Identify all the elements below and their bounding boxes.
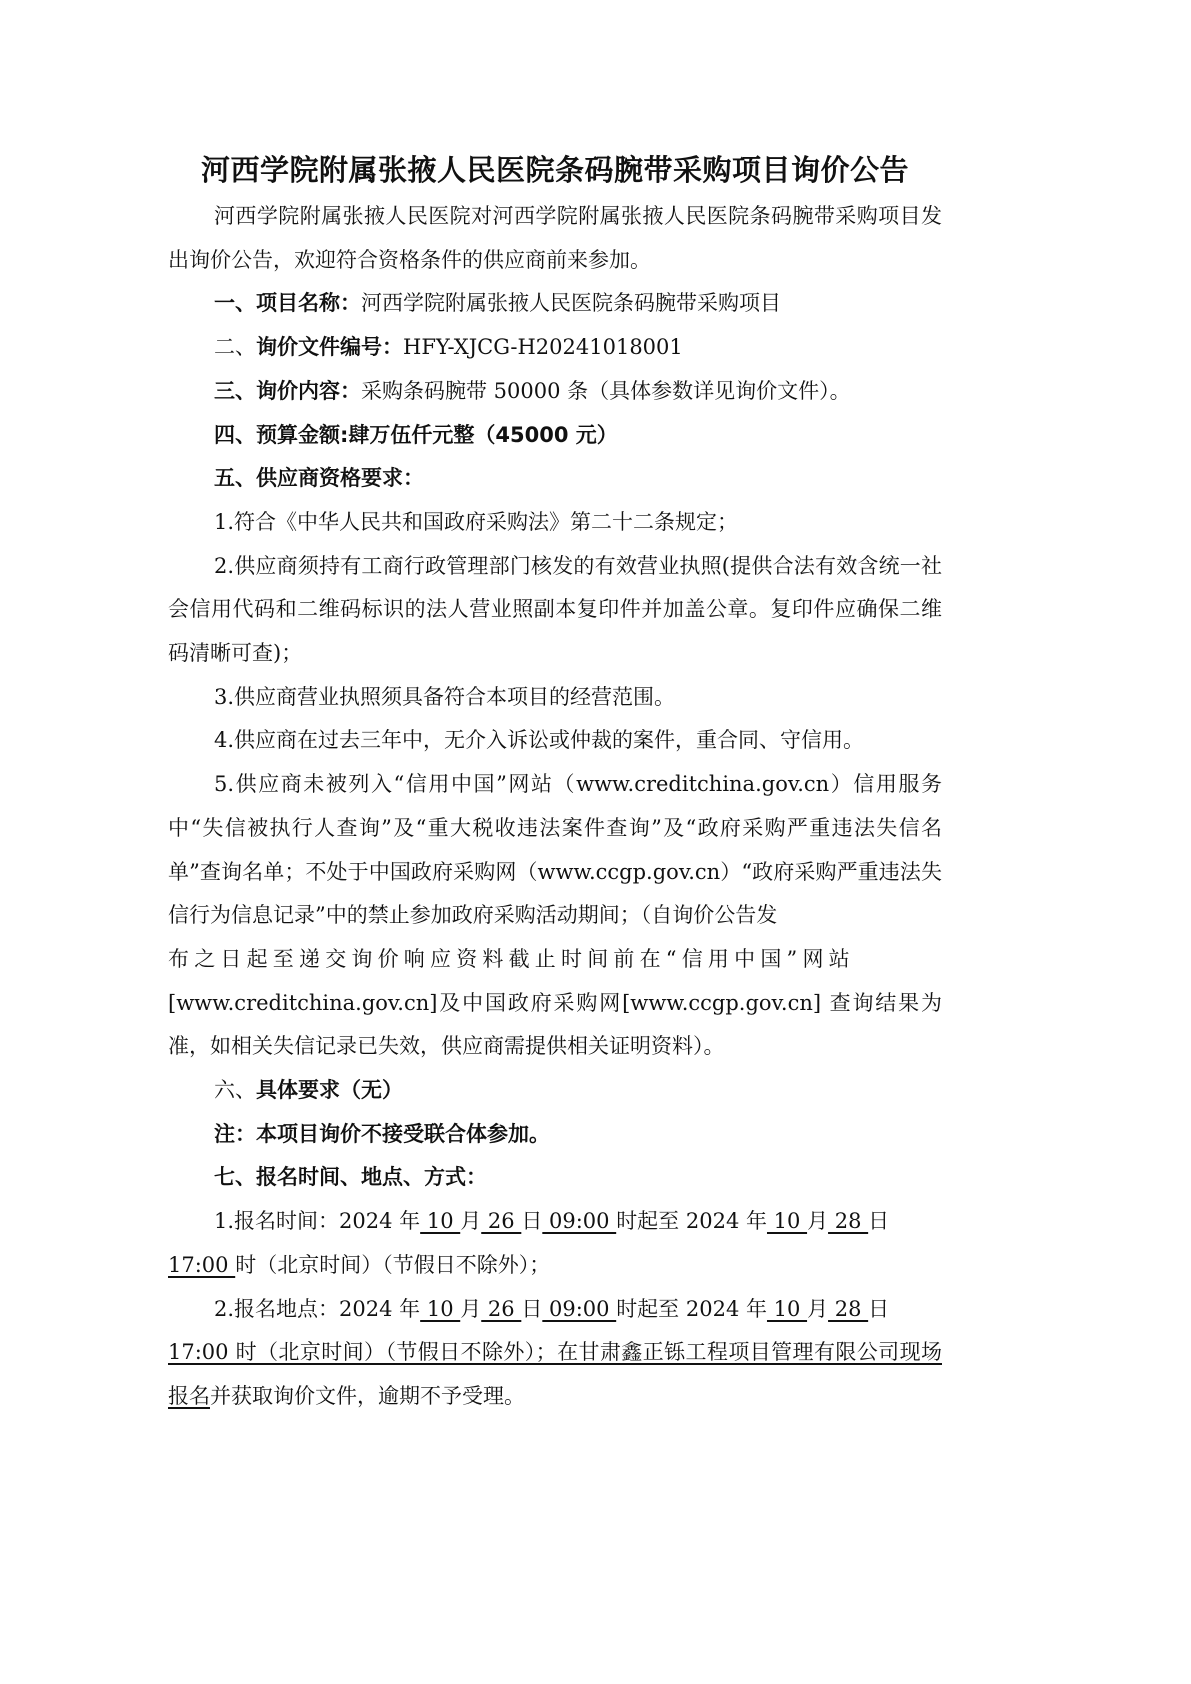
text: 1.报名时间：2024 年 bbox=[214, 1209, 420, 1233]
text: 时（北京时间）（节假日不除外）； bbox=[235, 1253, 550, 1277]
section-qualification-heading: 五、供应商资格要求： bbox=[168, 457, 942, 501]
qualification-item-1: 1.符合《中华人民共和国政府采购法》第二十二条规定； bbox=[168, 501, 942, 545]
section-registration-heading: 七、报名时间、地点、方式： bbox=[168, 1156, 942, 1200]
text: 日 bbox=[868, 1297, 889, 1321]
section-label: 询价文件编号： bbox=[256, 335, 403, 359]
section-value: 河西学院附属张掖人民医院条码腕带采购项目 bbox=[361, 291, 781, 315]
filled-month: 10 bbox=[767, 1297, 807, 1321]
section-label: 具体要求（无） bbox=[256, 1078, 403, 1102]
section-document-number: 二、询价文件编号：HFY-XJCG-H20241018001 bbox=[168, 326, 942, 370]
item5-part3: [www.creditchina.gov.cn]及中国政府采购网[www.ccg… bbox=[168, 991, 942, 1059]
text: 月 bbox=[460, 1297, 481, 1321]
filled-hour: 09:00 bbox=[542, 1209, 616, 1233]
filled-day: 26 bbox=[481, 1209, 521, 1233]
text: 时起至 2024 年 bbox=[616, 1297, 767, 1321]
qualification-item-5: 5.供应商未被列入“信用中国”网站（www.creditchina.gov.cn… bbox=[168, 763, 942, 1069]
item5-part1: 5.供应商未被列入“信用中国”网站（www.creditchina.gov.cn… bbox=[168, 772, 942, 927]
section-value: 采购条码腕带 50000 条（具体参数详见询价文件）。 bbox=[361, 379, 851, 403]
filled-month: 10 bbox=[420, 1297, 460, 1321]
section-specific-requirements: 六、具体要求（无） bbox=[168, 1069, 942, 1113]
filled-hour: 17:00 bbox=[168, 1253, 235, 1277]
filled-day: 28 bbox=[828, 1209, 868, 1233]
text: 日 bbox=[521, 1209, 542, 1233]
section-prefix: 六、 bbox=[214, 1078, 256, 1102]
registration-location: 2.报名地点：2024 年 10 月 26 日 09:00 时起至 2024 年… bbox=[168, 1288, 942, 1419]
text: 月 bbox=[807, 1209, 828, 1233]
qualification-item-2: 2.供应商须持有工商行政管理部门核发的有效营业执照(提供合法有效含统一社会信用代… bbox=[168, 545, 942, 676]
text: 月 bbox=[460, 1209, 481, 1233]
text: 日 bbox=[868, 1209, 889, 1233]
section-value: HFY-XJCG-H20241018001 bbox=[403, 335, 683, 359]
section-label: 一、项目名称： bbox=[214, 291, 361, 315]
intro-paragraph: 河西学院附属张掖人民医院对河西学院附属张掖人民医院条码腕带采购项目发出询价公告，… bbox=[168, 195, 942, 282]
text: 2.报名地点：2024 年 bbox=[214, 1297, 420, 1321]
text: 并获取询价文件，逾期不予受理。 bbox=[210, 1384, 525, 1408]
consortium-note: 注：本项目询价不接受联合体参加。 bbox=[168, 1113, 942, 1157]
section-budget: 四、预算金额:肆万伍仟元整（45000 元） bbox=[168, 414, 942, 458]
document-title: 河西学院附属张掖人民医院条码腕带采购项目询价公告 bbox=[148, 145, 962, 195]
filled-month: 10 bbox=[420, 1209, 460, 1233]
document-page: 河西学院附属张掖人民医院条码腕带采购项目询价公告 河西学院附属张掖人民医院对河西… bbox=[168, 145, 942, 1419]
filled-day: 28 bbox=[828, 1297, 868, 1321]
registration-time: 1.报名时间：2024 年 10 月 26 日 09:00 时起至 2024 年… bbox=[168, 1200, 942, 1287]
text: 时起至 2024 年 bbox=[616, 1209, 767, 1233]
section-prefix: 二、 bbox=[214, 335, 256, 359]
qualification-item-4: 4.供应商在过去三年中，无介入诉讼或仲裁的案件，重合同、守信用。 bbox=[168, 719, 942, 763]
item5-part2: 布之日起至递交询价响应资料截止时间前在“信用中国”网站 bbox=[168, 947, 855, 971]
filled-month: 10 bbox=[767, 1209, 807, 1233]
text: 月 bbox=[807, 1297, 828, 1321]
section-label: 三、询价内容： bbox=[214, 379, 361, 403]
qualification-item-3: 3.供应商营业执照须具备符合本项目的经营范围。 bbox=[168, 676, 942, 720]
section-inquiry-content: 三、询价内容：采购条码腕带 50000 条（具体参数详见询价文件）。 bbox=[168, 370, 942, 414]
section-project-name: 一、项目名称：河西学院附属张掖人民医院条码腕带采购项目 bbox=[168, 282, 942, 326]
filled-day: 26 bbox=[481, 1297, 521, 1321]
filled-hour: 09:00 bbox=[542, 1297, 616, 1321]
text: 日 bbox=[521, 1297, 542, 1321]
